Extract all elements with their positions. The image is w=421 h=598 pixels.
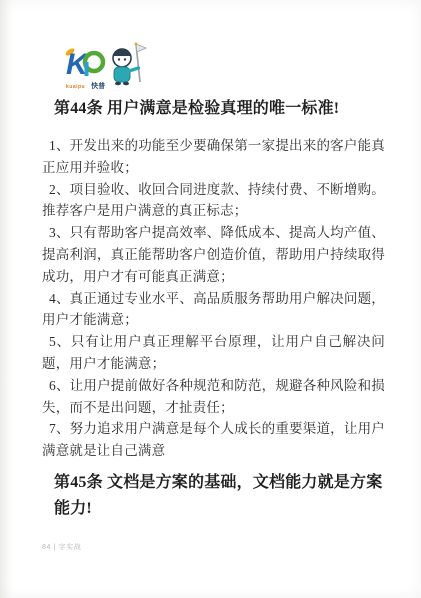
page-footer-label: 84 | 字实战: [42, 542, 81, 552]
logo-cn-text: 快普: [91, 82, 105, 90]
article-item: 7、努力追求用户满意是每个人成长的重要渠道，让用户满意就是让自己满意: [42, 418, 385, 462]
article-item: 2、项目验收、收回合同进度款、持续付费、不断增购。推荐客户是用户满意的真正标志；: [42, 179, 385, 223]
logo-subtext: kuaipu 快普: [66, 80, 105, 91]
article-item: 6、让用户提前做好各种规范和防范，规避各种风险和损失，而不是出问题，才扯责任；: [42, 375, 385, 419]
logo-mascot-icon: [113, 43, 146, 86]
article-item: 5、只有让用户真正理解平台原理，让用户自己解决问题，用户才能满意；: [42, 331, 385, 375]
article-item: 4、真正通过专业水平、高品质服务帮助用户解决问题，用户才能满意；: [42, 288, 385, 332]
article-item: 3、只有帮助客户提高效率、降低成本、提高人均产值、提高利润，真正能帮助客户创造价…: [42, 222, 385, 287]
kp-logo: K: [64, 42, 150, 94]
logo-latin-text: kuaipu: [66, 84, 85, 90]
document-page: K: [0, 0, 421, 598]
article-44-heading: 第44条 用户满意是检验真理的唯一标准!: [42, 96, 385, 122]
article-content: 第44条 用户满意是检验真理的唯一标准! 1、开发出来的功能至少要确保第一家提出…: [42, 96, 385, 522]
article-item: 1、开发出来的功能至少要确保第一家提出来的客户能真正应用并验收；: [42, 135, 385, 179]
article-45-heading: 第45条 文档是方案的基础，文档能力就是方案能力!: [42, 470, 385, 522]
